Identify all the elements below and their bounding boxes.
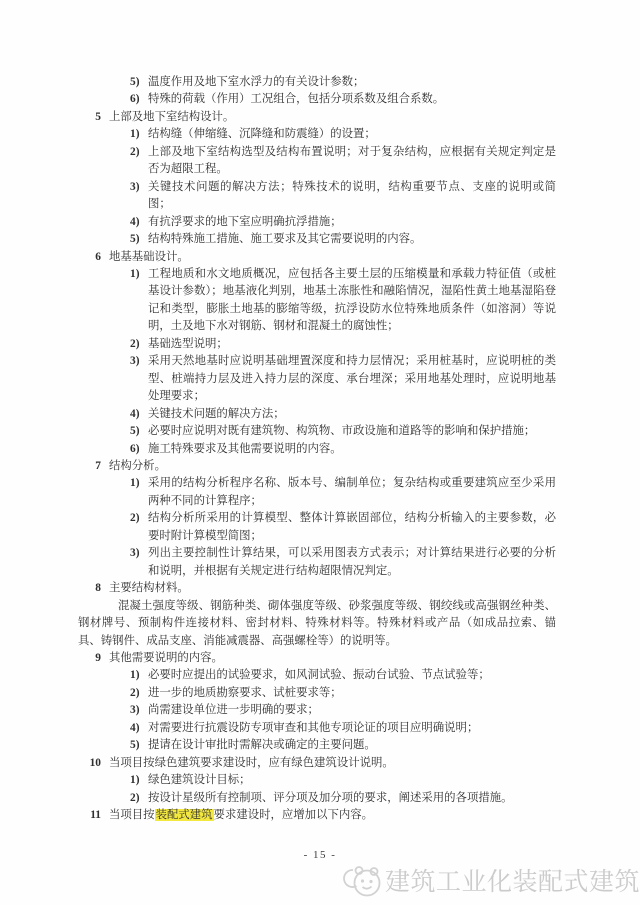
- list-item: 6) 特殊的荷载（作用）工况组合，包括分项系数及组合系数。: [130, 91, 556, 108]
- list-item: 3) 尚需建设单位进一步明确的要求；: [130, 702, 556, 719]
- section-title: 其他需要说明的内容。: [109, 650, 556, 667]
- list-item-text: 尚需建设单位进一步明确的要求；: [148, 702, 556, 719]
- list-item-marker: 2): [130, 144, 148, 179]
- list-item-text: 上部及地下室结构选型及结构布置说明；对于复杂结构，应根据有关规定判定是否为超限工…: [148, 144, 556, 179]
- list-item: 4) 对需要进行抗震设防专项审查和其他专项论证的项目应明确说明；: [130, 720, 556, 737]
- section-heading: 5 上部及地下室结构设计。: [78, 109, 556, 126]
- list-item: 1) 必要时应提出的试验要求，如风洞试验、振动台试验、节点试验等；: [130, 667, 556, 684]
- list-item-text: 必要时应说明对既有建筑物、构筑物、市政设施和道路等的影响和保护措施；: [148, 423, 556, 440]
- section-number: 8: [78, 580, 109, 597]
- section-heading: 6 地基基础设计。: [78, 249, 556, 266]
- watermark: 建筑工业化装配式建筑网: [340, 858, 640, 902]
- list-item: 1) 结构缝（伸缩缝、沉降缝和防震缝）的设置；: [130, 126, 556, 143]
- section-title: 地基基础设计。: [109, 249, 556, 266]
- section-heading: 8 主要结构材料。: [78, 580, 556, 597]
- list-item-text: 结构分析所采用的计算模型、整体计算嵌固部位，结构分析输入的主要参数，必要时附计算…: [148, 510, 556, 545]
- list-item: 5) 必要时应说明对既有建筑物、构筑物、市政设施和道路等的影响和保护措施；: [130, 423, 556, 440]
- list-item: 2) 基础选型说明；: [130, 336, 556, 353]
- list-item: 5) 结构特殊施工措施、施工要求及其它需要说明的内容。: [130, 231, 556, 248]
- list-item-marker: 5): [130, 74, 148, 91]
- list-item-text: 有抗浮要求的地下室应明确抗浮措施；: [148, 214, 556, 231]
- list-item: 2) 进一步的地质勘察要求、试桩要求等；: [130, 685, 556, 702]
- list-item: 2) 结构分析所采用的计算模型、整体计算嵌固部位，结构分析输入的主要参数，必要时…: [130, 510, 556, 545]
- list-item: 4) 有抗浮要求的地下室应明确抗浮措施；: [130, 214, 556, 231]
- list-item-marker: 2): [130, 336, 148, 353]
- list-item-text: 列出主要控制性计算结果，可以采用图表方式表示；对计算结果进行必要的分析和说明，并…: [148, 545, 556, 580]
- list-item-marker: 1): [130, 772, 148, 789]
- section-title: 当项目按装配式建筑要求建设时，应增加以下内容。: [109, 807, 556, 824]
- section-title: 结构分析。: [109, 458, 556, 475]
- list-item-marker: 1): [130, 475, 148, 510]
- list-item-marker: 2): [130, 510, 148, 545]
- list-item-text: 进一步的地质勘察要求、试桩要求等；: [148, 685, 556, 702]
- list-item-text: 绿色建筑设计目标；: [148, 772, 556, 789]
- list-item: 1) 工程地质和水文地质概况，应包括各主要土层的压缩模量和承载力特征值（或桩基设…: [130, 266, 556, 336]
- list-item-marker: 6): [130, 91, 148, 108]
- section-heading: 7 结构分析。: [78, 458, 556, 475]
- list-item-text: 采用天然地基时应说明基础埋置深度和持力层情况；采用桩基时，应说明桩的类型、桩端持…: [148, 353, 556, 405]
- section-heading: 9 其他需要说明的内容。: [78, 650, 556, 667]
- list-item-marker: 4): [130, 214, 148, 231]
- list-item-marker: 4): [130, 720, 148, 737]
- list-item-text: 按设计星级所有控制项、评分项及加分项的要求，阐述采用的各项措施。: [148, 790, 556, 807]
- list-item: 5) 温度作用及地下室水浮力的有关设计参数；: [130, 74, 556, 91]
- list-item-marker: 5): [130, 423, 148, 440]
- list-item: 1) 采用的结构分析程序名称、版本号、编制单位；复杂结构或重要建筑应至少采用两种…: [130, 475, 556, 510]
- list-item-text: 结构缝（伸缩缝、沉降缝和防震缝）的设置；: [148, 126, 556, 143]
- section-heading: 11 当项目按装配式建筑要求建设时，应增加以下内容。: [78, 807, 556, 824]
- list-item-text: 温度作用及地下室水浮力的有关设计参数；: [148, 74, 556, 91]
- list-item-marker: 3): [130, 179, 148, 214]
- list-item: 4) 关键技术问题的解决方法；: [130, 406, 556, 423]
- section-title: 上部及地下室结构设计。: [109, 109, 556, 126]
- watermark-text: 建筑工业化装配式建筑网: [385, 862, 640, 898]
- list-item-marker: 3): [130, 545, 148, 580]
- list-item-text: 结构特殊施工措施、施工要求及其它需要说明的内容。: [148, 231, 556, 248]
- document-body: 5) 温度作用及地下室水浮力的有关设计参数； 6) 特殊的荷载（作用）工况组合，…: [78, 74, 556, 824]
- list-item: 3) 采用天然地基时应说明基础埋置深度和持力层情况；采用桩基时，应说明桩的类型、…: [130, 353, 556, 405]
- list-item-marker: 1): [130, 667, 148, 684]
- panda-logo-icon: [340, 858, 384, 902]
- section-number: 11: [78, 807, 109, 824]
- list-item-text: 采用的结构分析程序名称、版本号、编制单位；复杂结构或重要建筑应至少采用两种不同的…: [148, 475, 556, 510]
- list-item-text: 必要时应提出的试验要求，如风洞试验、振动台试验、节点试验等；: [148, 667, 556, 684]
- section-number: 7: [78, 458, 109, 475]
- list-item-text: 关键技术问题的解决方法；: [148, 406, 556, 423]
- list-item-marker: 2): [130, 790, 148, 807]
- section-title-pre: 当项目按: [109, 809, 155, 821]
- list-item: 5) 提请在设计审批时需解决或确定的主要问题。: [130, 737, 556, 754]
- list-item-marker: 3): [130, 702, 148, 719]
- list-item: 6) 施工特殊要求及其他需要说明的内容。: [130, 441, 556, 458]
- document-page: 5) 温度作用及地下室水浮力的有关设计参数； 6) 特殊的荷载（作用）工况组合，…: [0, 0, 640, 905]
- section-title: 当项目按绿色建筑要求建设时，应有绿色建筑设计说明。: [109, 755, 556, 772]
- list-item-text: 提请在设计审批时需解决或确定的主要问题。: [148, 737, 556, 754]
- list-item: 3) 列出主要控制性计算结果，可以采用图表方式表示；对计算结果进行必要的分析和说…: [130, 545, 556, 580]
- list-item-text: 基础选型说明；: [148, 336, 556, 353]
- section-heading: 10 当项目按绿色建筑要求建设时，应有绿色建筑设计说明。: [78, 755, 556, 772]
- list-item-marker: 5): [130, 231, 148, 248]
- list-item-marker: 3): [130, 353, 148, 405]
- section-number: 5: [78, 109, 109, 126]
- list-item-text: 工程地质和水文地质概况，应包括各主要土层的压缩模量和承载力特征值（或桩基设计参数…: [148, 266, 556, 336]
- list-item-text: 施工特殊要求及其他需要说明的内容。: [148, 441, 556, 458]
- list-item-marker: 6): [130, 441, 148, 458]
- list-item-text: 关键技术问题的解决方法；特殊技术的说明，结构重要节点、支座的说明或简图；: [148, 179, 556, 214]
- highlighted-text: 装配式建筑: [155, 809, 214, 821]
- section-number: 9: [78, 650, 109, 667]
- list-item-marker: 4): [130, 406, 148, 423]
- list-item-text: 对需要进行抗震设防专项审查和其他专项论证的项目应明确说明；: [148, 720, 556, 737]
- list-item-marker: 2): [130, 685, 148, 702]
- list-item: 1) 绿色建筑设计目标；: [130, 772, 556, 789]
- list-item-marker: 5): [130, 737, 148, 754]
- section-number: 6: [78, 249, 109, 266]
- section-number: 10: [78, 755, 109, 772]
- section-title-post: 要求建设时，应增加以下内容。: [214, 809, 373, 821]
- section-title: 主要结构材料。: [109, 580, 556, 597]
- list-item: 2) 按设计星级所有控制项、评分项及加分项的要求，阐述采用的各项措施。: [130, 790, 556, 807]
- list-item: 2) 上部及地下室结构选型及结构布置说明；对于复杂结构，应根据有关规定判定是否为…: [130, 144, 556, 179]
- list-item-marker: 1): [130, 266, 148, 336]
- list-item: 3) 关键技术问题的解决方法；特殊技术的说明，结构重要节点、支座的说明或简图；: [130, 179, 556, 214]
- list-item-text: 特殊的荷载（作用）工况组合，包括分项系数及组合系数。: [148, 91, 556, 108]
- list-item-marker: 1): [130, 126, 148, 143]
- body-paragraph: 混凝土强度等级、钢筋种类、砌体强度等级、砂浆强度等级、钢绞线或高强钢丝种类、钢材…: [78, 598, 556, 650]
